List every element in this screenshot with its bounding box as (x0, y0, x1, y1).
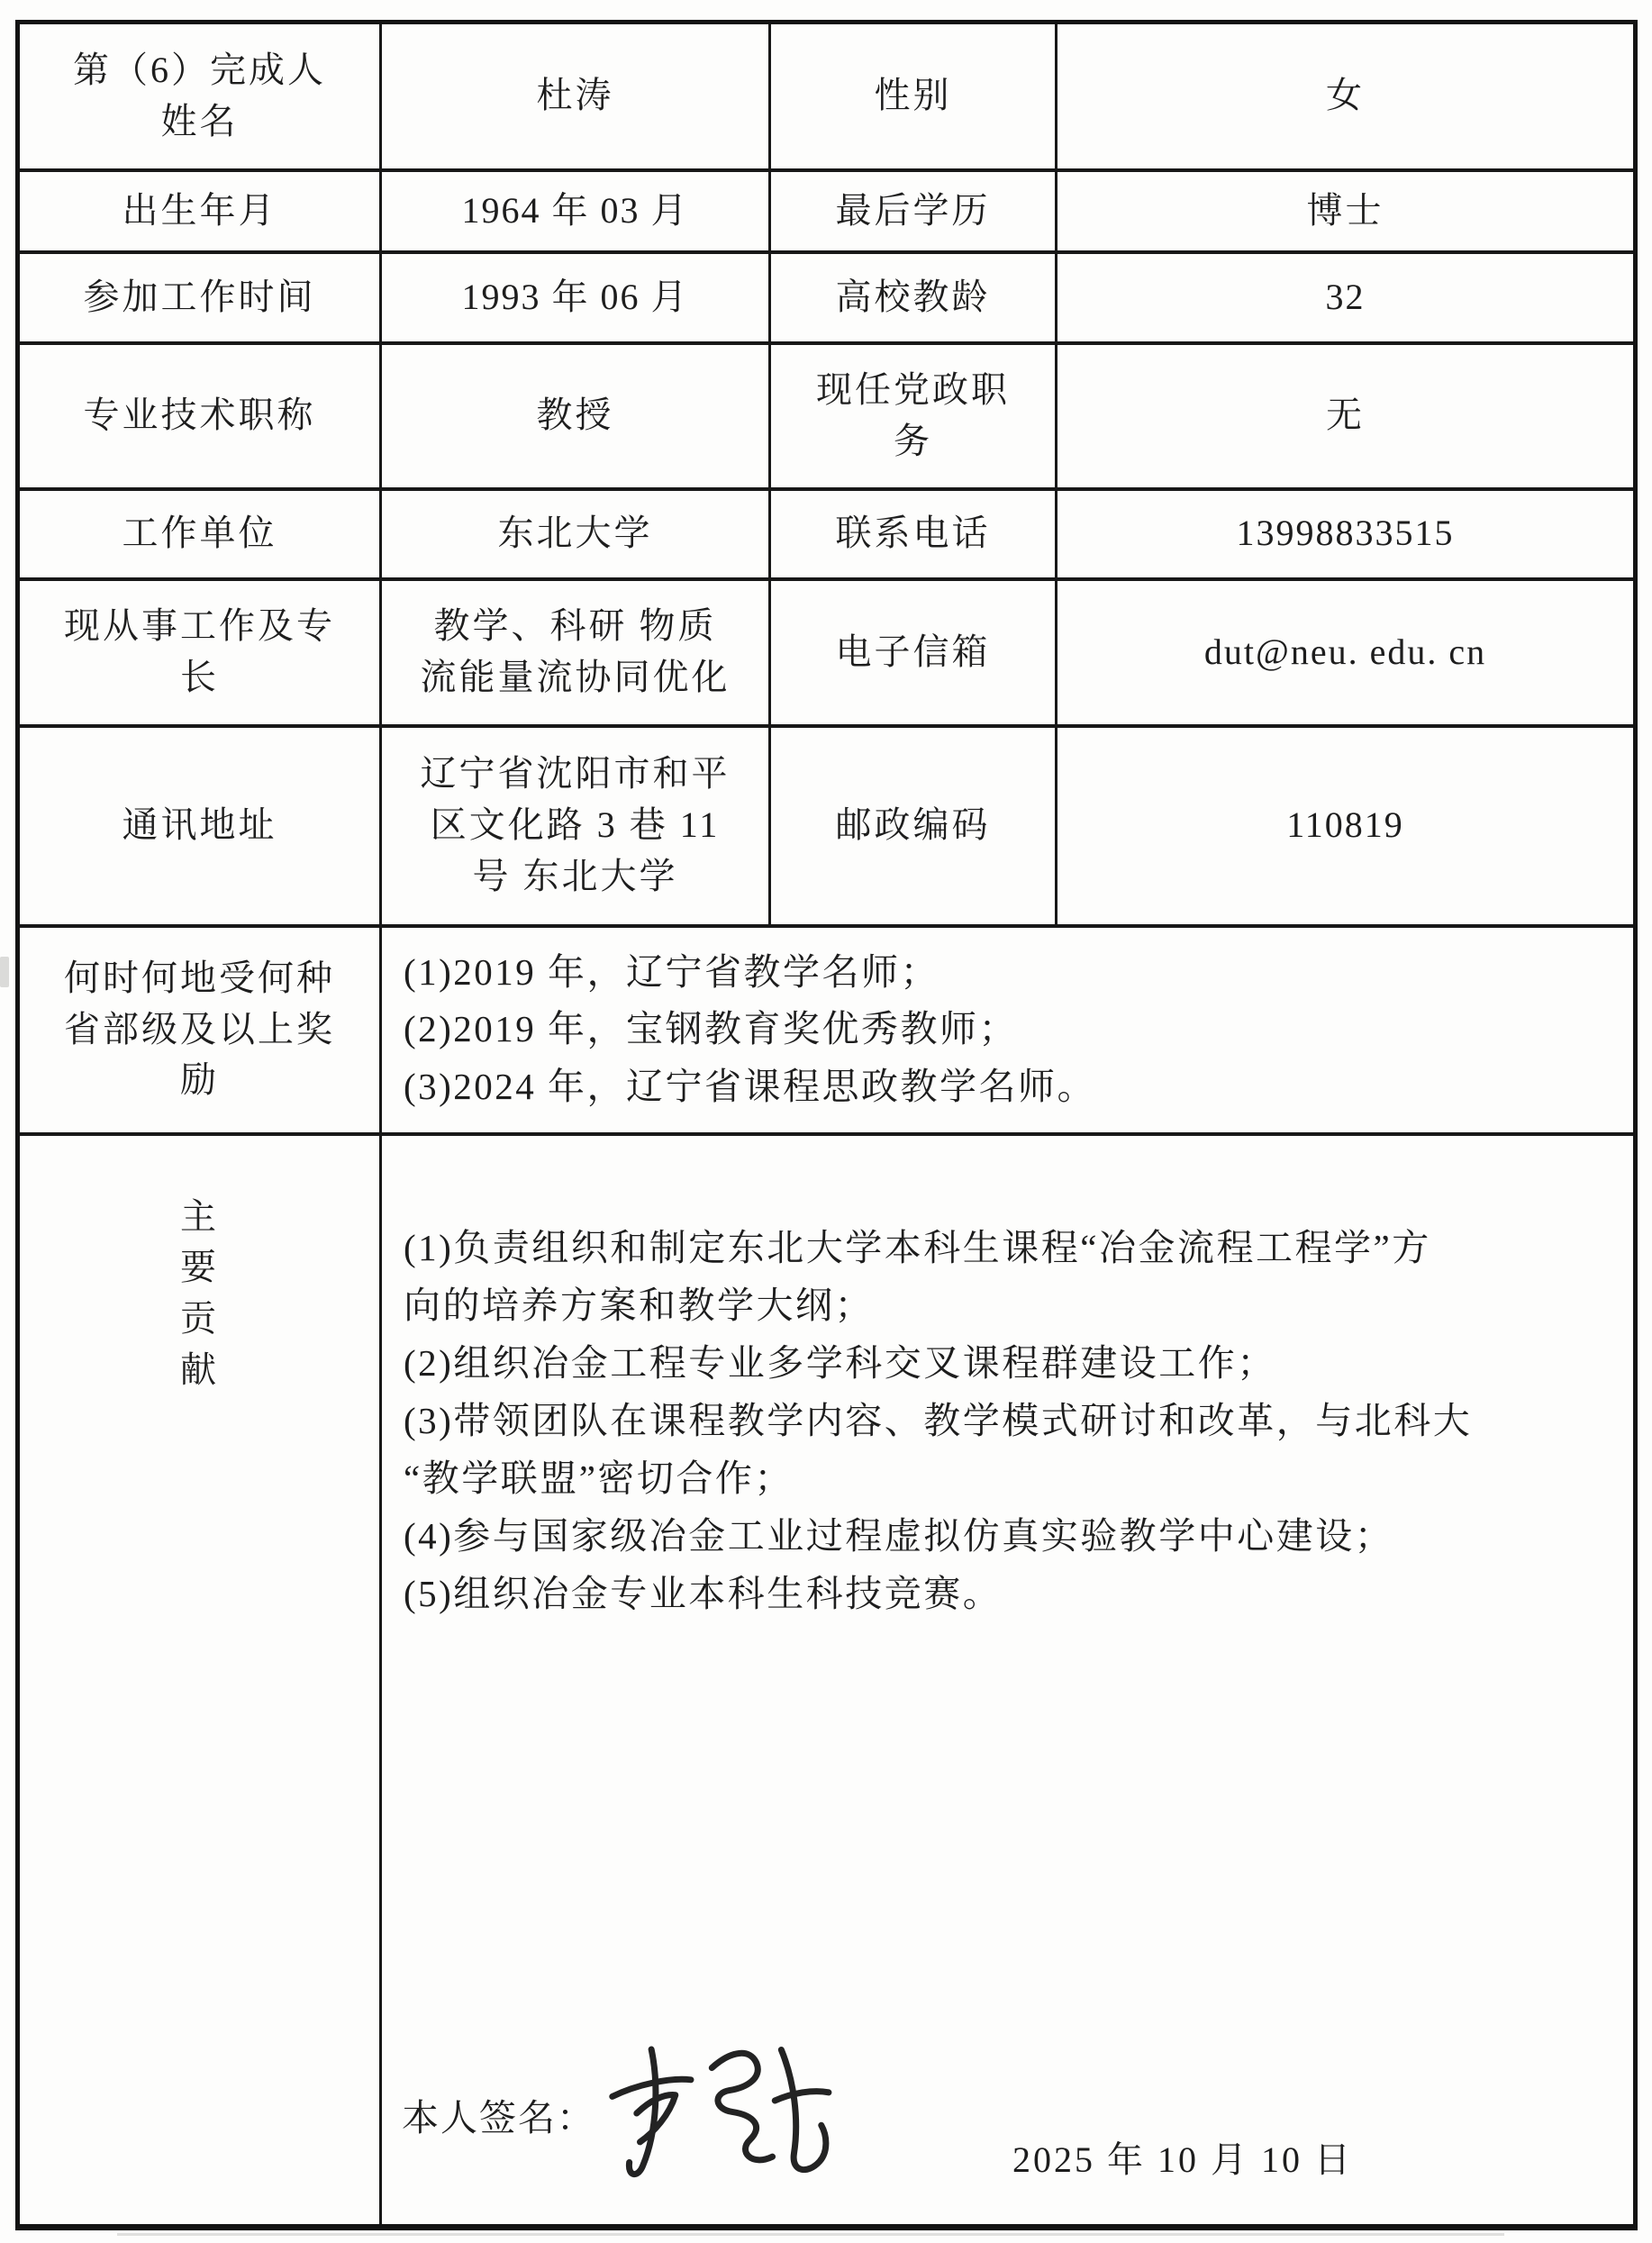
signature-row: 本人签名： (402, 2087, 847, 2150)
table-row: 现从事工作及专 长 教学、科研 物质 流能量流协同优化 电子信箱 dut@neu… (18, 579, 1636, 726)
cell-label-employer: 工作单位 (18, 489, 381, 579)
table-row: 第（6）完成人 姓名 杜涛 性别 女 (18, 23, 1636, 170)
cell-label-awards: 何时何地受何种 省部级及以上奖 励 (18, 926, 381, 1134)
cell-label-mailing-address: 通讯地址 (18, 726, 381, 926)
scan-artifact-line (117, 2233, 1504, 2236)
cell-value-birth-date: 1964 年 03 月 (381, 170, 770, 252)
table-row: 专业技术职称 教授 现任党政职 务 无 (18, 343, 1636, 489)
document-page: 第（6）完成人 姓名 杜涛 性别 女 出生年月 1964 年 03 月 最后学历… (0, 0, 1652, 2243)
signature-label: 本人签名： (402, 2090, 595, 2148)
cell-label-email: 电子信箱 (770, 579, 1057, 726)
contributions-text: (1)负责组织和制定东北大学本科生课程“冶金流程工程学”方 向的培养方案和教学大… (404, 1220, 1608, 1623)
cell-label-completer-name: 第（6）完成人 姓名 (18, 23, 381, 170)
table-row-contributions: 主 要 贡 献 (1)负责组织和制定东北大学本科生课程“冶金流程工程学”方 向的… (18, 1134, 1636, 2228)
cell-label-party-post: 现任党政职 务 (770, 343, 1057, 489)
cell-value-employer: 东北大学 (381, 489, 770, 579)
table-row: 工作单位 东北大学 联系电话 13998833515 (18, 489, 1636, 579)
table-row: 通讯地址 辽宁省沈阳市和平 区文化路 3 巷 11 号 东北大学 邮政编码 11… (18, 726, 1636, 926)
cell-value-mailing-address: 辽宁省沈阳市和平 区文化路 3 巷 11 号 东北大学 (381, 726, 770, 926)
cell-value-teaching-years: 32 (1057, 252, 1636, 343)
cell-label-work-start: 参加工作时间 (18, 252, 381, 343)
table-row: 参加工作时间 1993 年 06 月 高校教龄 32 (18, 252, 1636, 343)
scan-artifact-smudge (0, 957, 9, 987)
cell-label-last-degree: 最后学历 (770, 170, 1057, 252)
cell-label-gender: 性别 (770, 23, 1057, 170)
cell-label-main-contributions: 主 要 贡 献 (18, 1134, 381, 2228)
cell-value-email: dut@neu. edu. cn (1057, 579, 1636, 726)
table-row-awards: 何时何地受何种 省部级及以上奖 励 (1)2019 年，辽宁省教学名师； (2)… (18, 926, 1636, 1134)
signature-date: 2025 年 10 月 10 日 (1012, 2132, 1353, 2188)
cell-value-awards: (1)2019 年，辽宁省教学名师； (2)2019 年，宝钢教育奖优秀教师； … (381, 926, 1636, 1134)
cell-value-completer-name: 杜涛 (381, 23, 770, 170)
cell-label-current-work: 现从事工作及专 长 (18, 579, 381, 726)
scan-artifact-dot (985, 1360, 991, 1366)
cell-label-teaching-years: 高校教龄 (770, 252, 1057, 343)
cell-value-party-post: 无 (1057, 343, 1636, 489)
cell-value-gender: 女 (1057, 23, 1636, 170)
table-row: 出生年月 1964 年 03 月 最后学历 博士 (18, 170, 1636, 252)
cell-value-work-start: 1993 年 06 月 (381, 252, 770, 343)
cell-value-postal-code: 110819 (1057, 726, 1636, 926)
cell-value-professional-title: 教授 (381, 343, 770, 489)
cell-value-main-contributions: (1)负责组织和制定东北大学本科生课程“冶金流程工程学”方 向的培养方案和教学大… (381, 1134, 1636, 2228)
cell-label-postal-code: 邮政编码 (770, 726, 1057, 926)
cell-value-phone: 13998833515 (1057, 489, 1636, 579)
cell-label-professional-title: 专业技术职称 (18, 343, 381, 489)
cell-value-current-work: 教学、科研 物质 流能量流协同优化 (381, 579, 770, 726)
cell-label-phone: 联系电话 (770, 489, 1057, 579)
cell-label-birth-date: 出生年月 (18, 170, 381, 252)
cell-value-last-degree: 博士 (1057, 170, 1636, 252)
personnel-info-table: 第（6）完成人 姓名 杜涛 性别 女 出生年月 1964 年 03 月 最后学历… (15, 20, 1638, 2230)
signature-handwriting (595, 2027, 850, 2202)
